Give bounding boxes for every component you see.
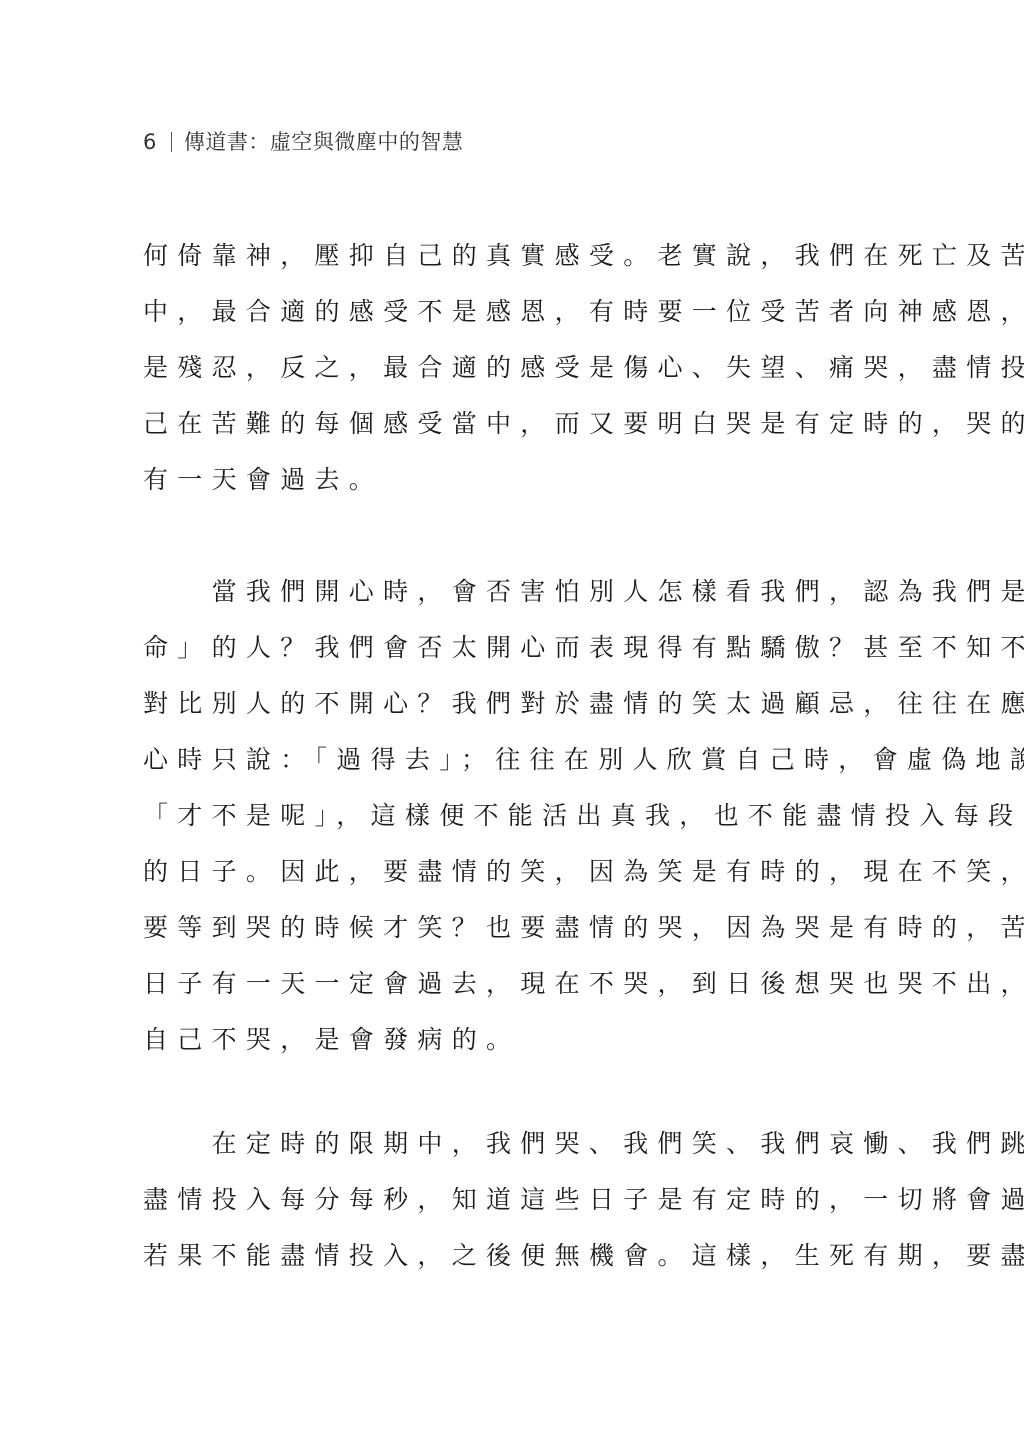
text-line: 有一天會過去。 [143, 465, 383, 495]
text-line: 己在苦難的每個感受當中，而又要明白哭是有定時的，哭的日子 [143, 409, 1024, 439]
text-line: 是殘忍，反之，最合適的感受是傷心、失望、痛哭，盡情投入自 [143, 353, 1024, 383]
text-line: 心時只說：「過得去」；往往在別人欣賞自己時，會虛偽地說： [143, 745, 1024, 775]
book-title: 傳道書：虛空與微塵中的智慧 [184, 130, 464, 154]
text-line: 自己不哭，是會發病的。 [143, 1025, 520, 1055]
text-line: 何倚靠神，壓抑自己的真實感受。老實說，我們在死亡及苦難當 [143, 241, 1024, 271]
text-line: 日子有一天一定會過去，現在不哭，到日後想哭也哭不出，收起 [143, 969, 1024, 999]
text-line: 的日子。因此，要盡情的笑，因為笑是有時的，現在不笑，莫非 [143, 857, 1024, 887]
header-separator [171, 132, 172, 152]
text-line: 對比別人的不開心？我們對於盡情的笑太過顧忌，往往在應該開 [143, 689, 1024, 719]
text-line: 中，最合適的感受不是感恩，有時要一位受苦者向神感恩，反而 [143, 297, 1024, 327]
running-header: 6傳道書：虛空與微塵中的智慧 [143, 126, 463, 156]
text-line: 在定時的限期中，我們哭、我們笑、我們哀慟、我們跳舞， [143, 1129, 1024, 1159]
text-line: 當我們開心時，會否害怕別人怎樣看我們，認為我們是「曬 [143, 577, 1024, 607]
text-line: 盡情投入每分每秒，知道這些日子是有定時的，一切將會過去， [143, 1185, 1024, 1215]
text-line: 若果不能盡情投入，之後便無機會。這樣，生死有期，要盡情投 [143, 1241, 1024, 1271]
text-line: 命」的人？我們會否太開心而表現得有點驕傲？甚至不知不覺地 [143, 633, 1024, 663]
text-line: 要等到哭的時候才笑？也要盡情的哭，因為哭是有時的，苦難的 [143, 913, 1024, 943]
page-number: 6 [143, 130, 157, 154]
text-line: 「才不是呢」，這樣便不能活出真我，也不能盡情投入每段開心 [143, 801, 1024, 831]
